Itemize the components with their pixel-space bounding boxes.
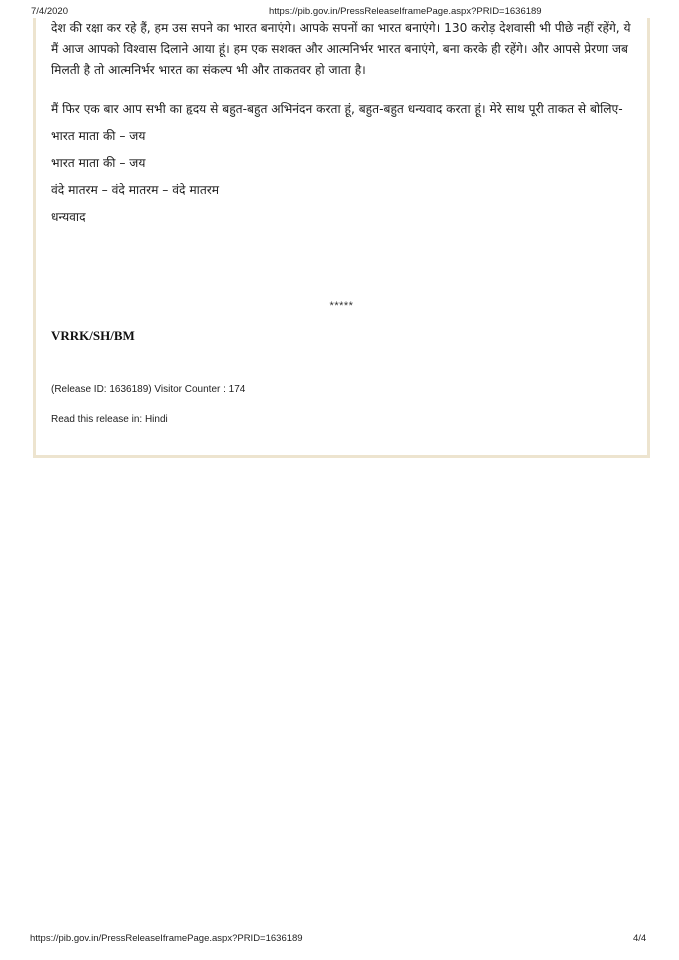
reference-code: VRRK/SH/BM — [51, 328, 135, 344]
release-meta: (Release ID: 1636189) Visitor Counter : … — [51, 384, 245, 395]
footer-url: https://pib.gov.in/PressReleaseIframePag… — [30, 933, 303, 944]
section-separator: ***** — [36, 300, 647, 312]
slogan-line: वंदे मातरम – वंदे मातरम – वंदे मातरम — [51, 180, 636, 201]
slogan-line: भारत माता की – जय — [51, 126, 636, 147]
page-number: 4/4 — [633, 933, 646, 944]
press-release-box: देश की रक्षा कर रहे हैं, हम उस सपने का भ… — [33, 18, 650, 458]
closing-line: धन्यवाद — [51, 207, 636, 228]
release-paragraph: देश की रक्षा कर रहे हैं, हम उस सपने का भ… — [51, 18, 636, 81]
slogan-line: भारत माता की – जय — [51, 153, 636, 174]
print-date: 7/4/2020 — [31, 6, 68, 17]
print-footer: https://pib.gov.in/PressReleaseIframePag… — [0, 933, 679, 947]
print-url: https://pib.gov.in/PressReleaseIframePag… — [269, 6, 542, 17]
language-link-hindi[interactable]: Hindi — [145, 414, 168, 425]
read-in-label: Read this release in: — [51, 414, 145, 425]
release-paragraph: मैं फिर एक बार आप सभी का हृदय से बहुत-बह… — [51, 99, 636, 120]
read-in-language: Read this release in: Hindi — [51, 414, 168, 425]
release-body: देश की रक्षा कर रहे हैं, हम उस सपने का भ… — [51, 18, 636, 228]
